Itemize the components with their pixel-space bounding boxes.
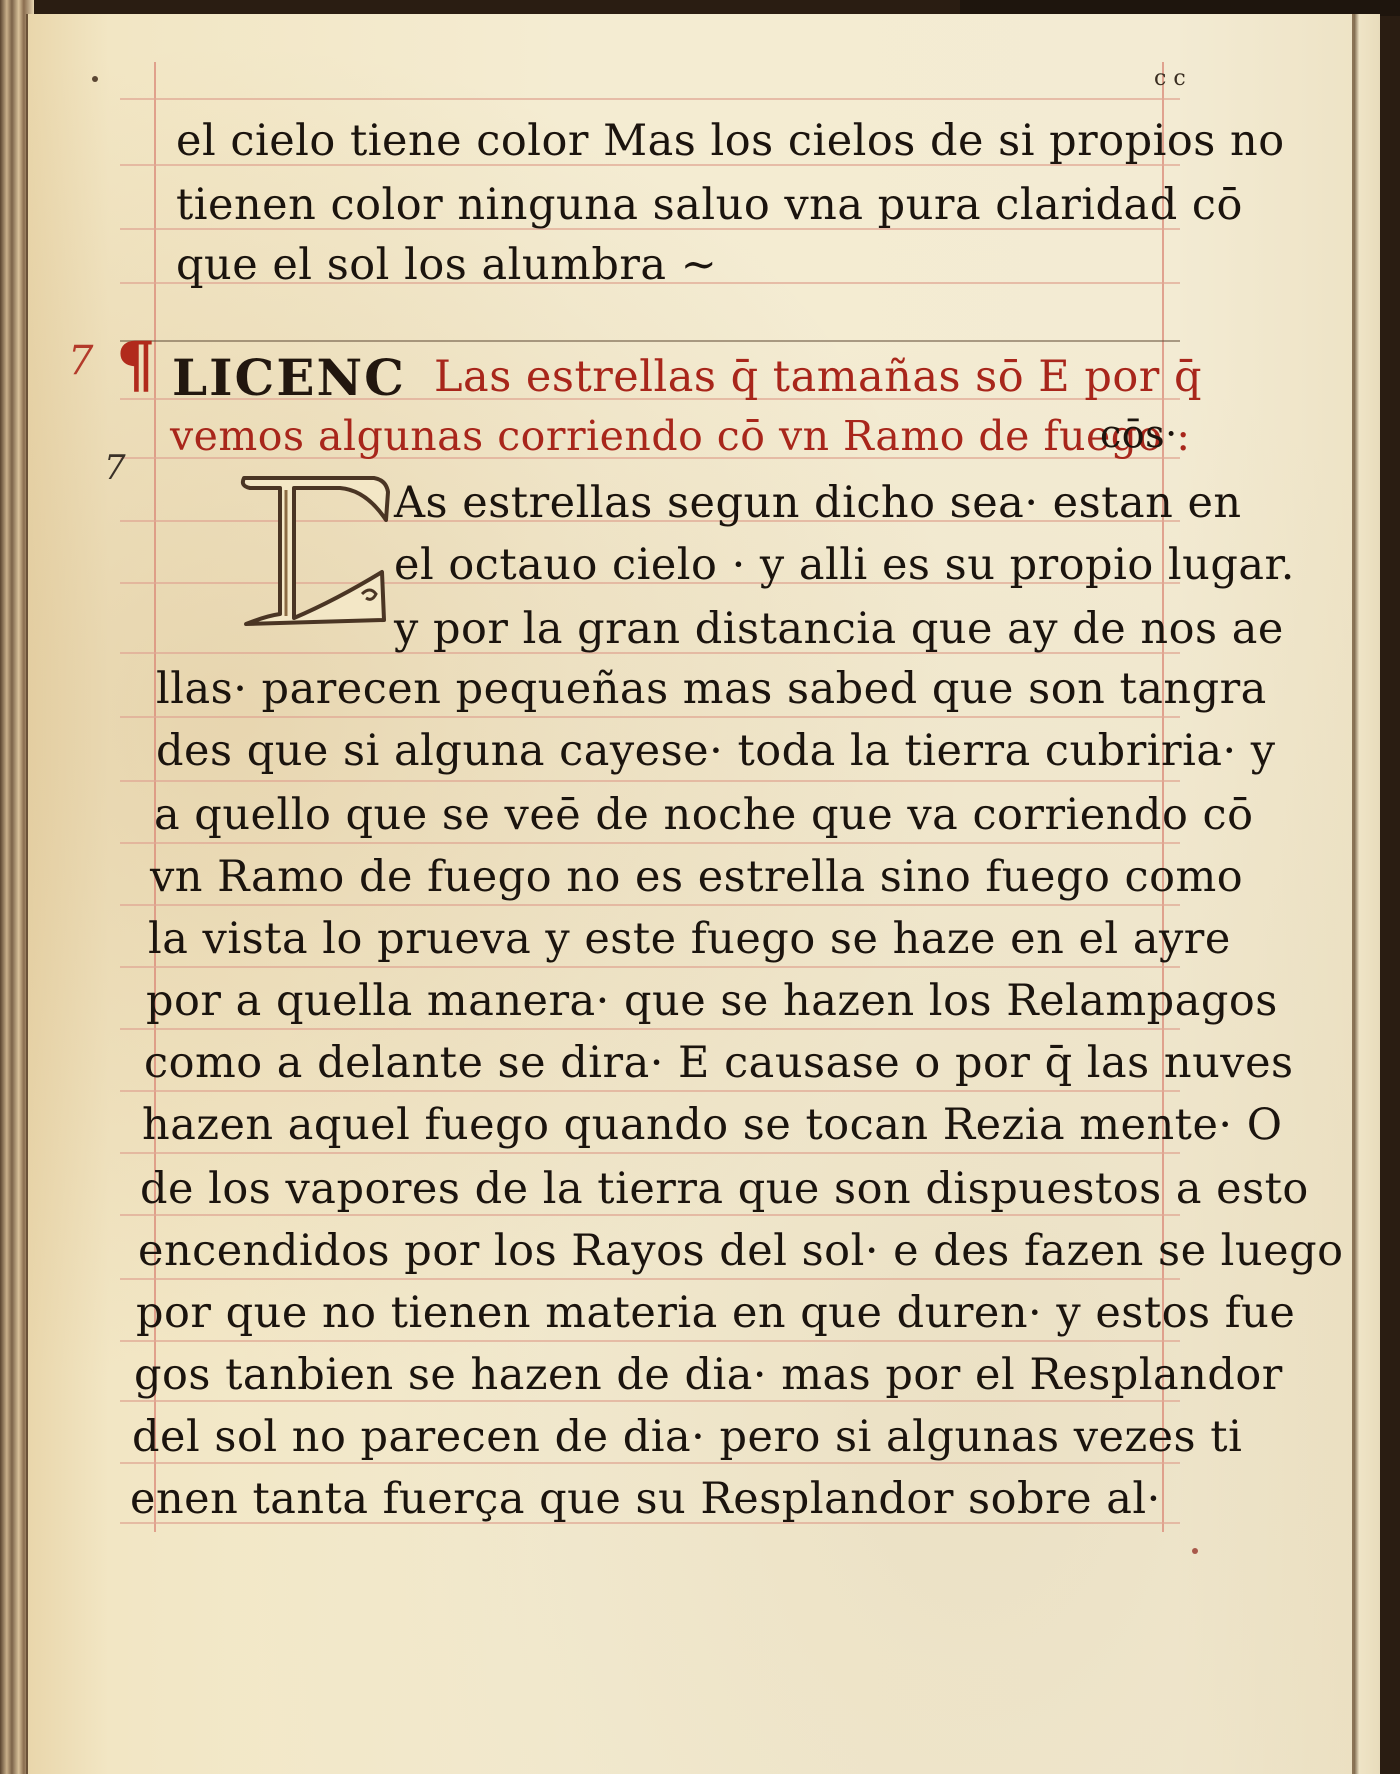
heading-incipit: LICENC xyxy=(172,348,406,407)
pilcrow-icon: ¶ xyxy=(116,328,155,401)
text-line: hazen aquel fuego quando se tocan Rezia … xyxy=(142,1100,1283,1150)
text-line: de los vapores de la tierra que son disp… xyxy=(140,1164,1309,1214)
text-line: As estrellas segun dicho sea· estan en xyxy=(394,478,1242,528)
text-line: des que si alguna cayese· toda la tierra… xyxy=(156,726,1276,776)
margin-number-dark: 7 xyxy=(104,448,126,488)
text-line: la vista lo prueva y este fuego se haze … xyxy=(148,914,1231,964)
text-line: gos tanbien se hazen de dia· mas por el … xyxy=(134,1350,1283,1400)
initial-letter-l-icon xyxy=(236,470,406,640)
margin-number-red: 7 xyxy=(68,338,93,384)
catchword: cōs· xyxy=(1100,412,1178,456)
text-line: que el sol los alumbra ~ xyxy=(176,240,717,290)
superscript-note: c c xyxy=(1154,66,1186,91)
text-line: por que no tienen materia en que duren· … xyxy=(136,1288,1295,1338)
manuscript-spread: 7 ¶ 7 c c el cielo tiene color Mas los c… xyxy=(0,0,1400,1774)
rubric-line: vemos algunas corriendo cō vn Ramo de fu… xyxy=(170,412,1191,460)
text-line: enen tanta fuerça que su Resplandor sobr… xyxy=(130,1474,1161,1524)
text-line: y por la gran distancia que ay de nos ae xyxy=(394,604,1284,654)
adjacent-page-edge xyxy=(1352,14,1380,1774)
text-line: como a delante se dira· E causase o por … xyxy=(144,1038,1294,1088)
text-line: a quello que se veē de noche que va corr… xyxy=(154,790,1253,840)
text-line: del sol no parecen de dia· pero si algun… xyxy=(132,1412,1242,1462)
text-line: llas· parecen pequeñas mas sabed que son… xyxy=(156,664,1267,714)
ink-spot xyxy=(92,76,98,82)
text-line: por a quella manera· que se hazen los Re… xyxy=(146,976,1278,1026)
text-line: encendidos por los Rayos del sol· e des … xyxy=(138,1226,1344,1276)
text-line: tienen color ninguna saluo vna pura clar… xyxy=(176,180,1243,230)
ink-spot xyxy=(1192,1548,1198,1554)
rubric-line: Las estrellas q̄ tamañas sō E por q̄ xyxy=(434,352,1202,402)
text-line: el octauo cielo · y alli es su propio lu… xyxy=(394,540,1295,590)
decorated-initial-l xyxy=(236,470,406,640)
text-line: el cielo tiene color Mas los cielos de s… xyxy=(176,116,1285,166)
text-line: vn Ramo de fuego no es estrella sino fue… xyxy=(150,852,1243,902)
